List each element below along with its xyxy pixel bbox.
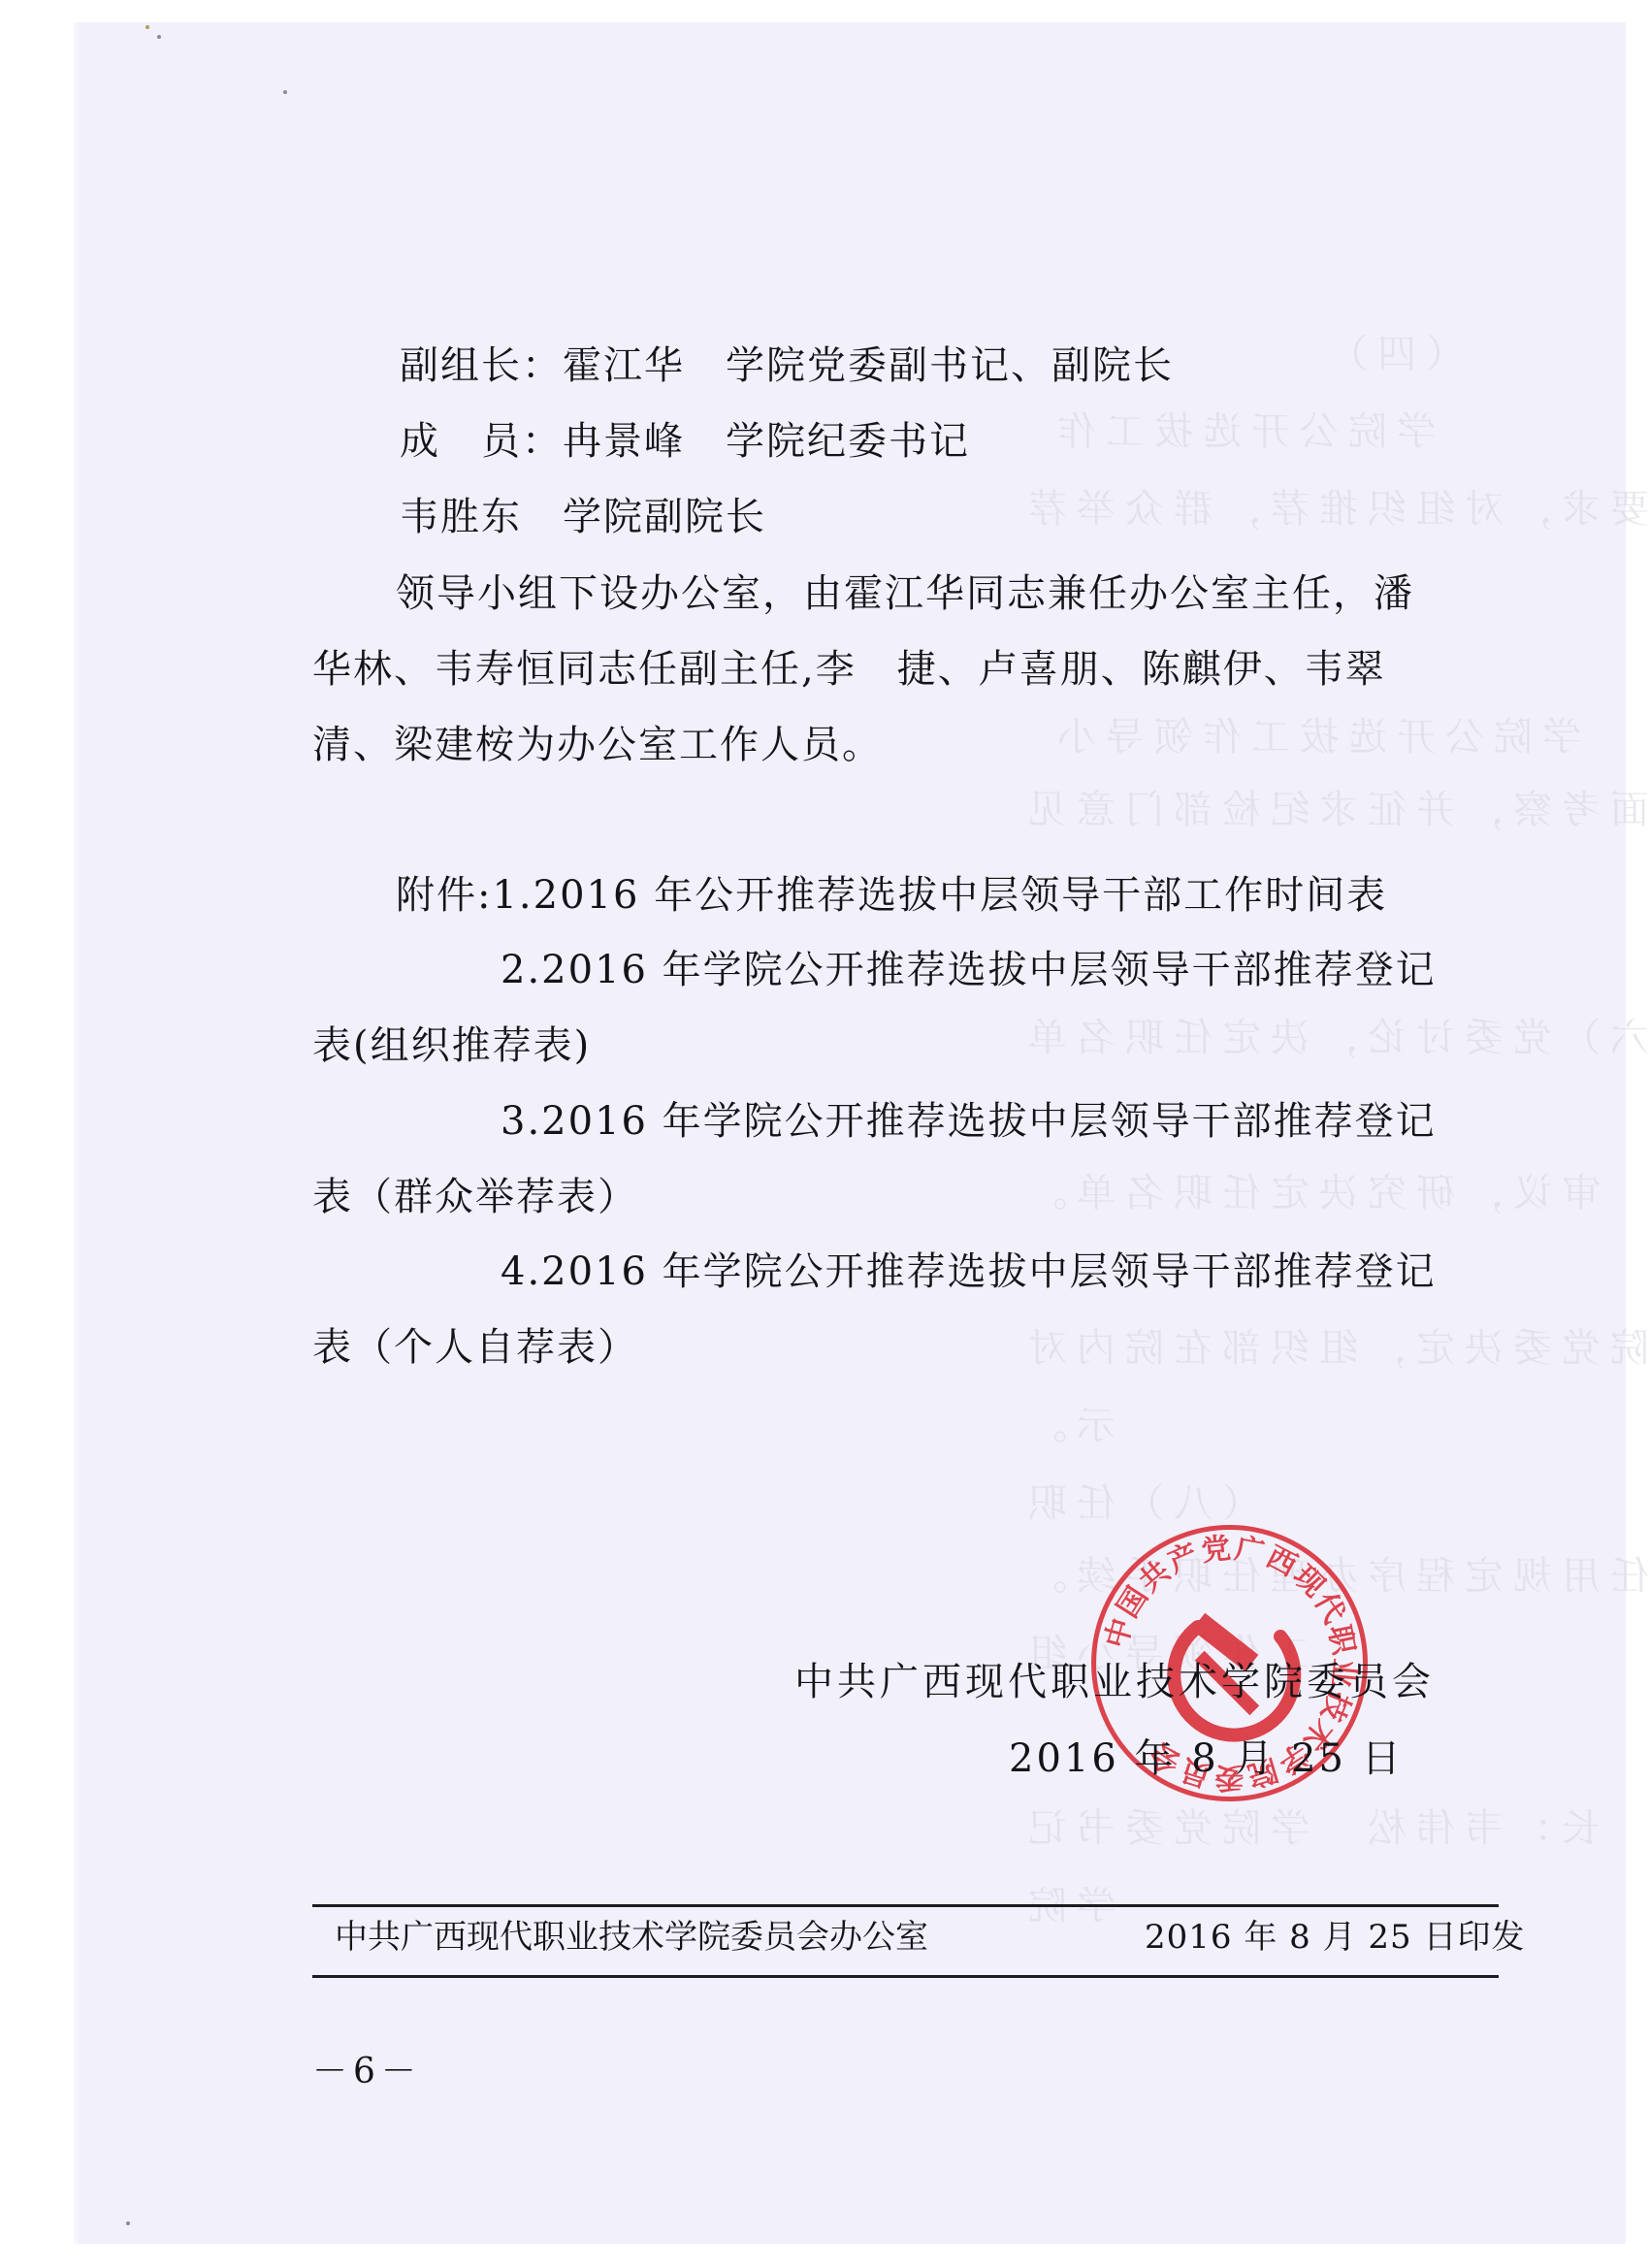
leadership-line-deputy-leader: 副组长：霍江华 学院党委副书记、副院长 — [400, 346, 1174, 385]
bleed-through-line: 件和要求，对组织推荐，群众举荐 — [1018, 490, 1649, 529]
attachment-3: 3.2016 年学院公开推荐选拔中层领导干部推荐登记 — [501, 1102, 1437, 1141]
leadership-line-member: 成 员：冉景峰 学院纪委书记 — [400, 422, 970, 461]
office-paragraph-line-2: 华林、韦寿恒同志任副主任,李 捷、卢喜朋、陈麒伊、韦翠 — [312, 650, 1386, 689]
bleed-through-line: （八）任职 — [1018, 1484, 1261, 1523]
attachment-2: 2.2016 年学院公开推荐选拔中层领导干部推荐登记 — [501, 951, 1437, 989]
paper-speck — [126, 2221, 130, 2225]
attachment-4: 4.2016 年学院公开推荐选拔中层领导干部推荐登记 — [501, 1252, 1437, 1291]
bleed-through-line: （四） — [1319, 335, 1465, 373]
paper-speck — [283, 90, 287, 94]
attachment-1: 附件:1.2016 年公开推荐选拔中层领导干部工作时间表 — [396, 876, 1387, 915]
bleed-through-line: （六）党委讨论，决定任职名单 — [1018, 1019, 1649, 1057]
page-edge — [74, 22, 78, 2244]
bleed-through-line: 根据学院党委决定，组织部在院内对 — [1018, 1329, 1649, 1368]
bleed-through-line: 学院公开选拔工作领导小 — [1048, 718, 1581, 757]
footer-issuer: 中共广西现代职业技术学院委员会办公室 — [335, 1921, 928, 1954]
footer-top-rule — [312, 1904, 1499, 1907]
paper-speck — [157, 35, 161, 39]
signature-organization: 中共广西现代职业技术学院委员会 — [794, 1663, 1435, 1701]
attachment-2-cont: 表(组织推荐表) — [312, 1026, 591, 1065]
bleed-through-line: 学院公开选拔工作 — [1048, 412, 1436, 451]
attachment-4-cont: 表（个人自荐表） — [312, 1328, 638, 1367]
office-paragraph-line-1: 领导小组下设办公室，由霍江华同志兼任办公室主任，潘 — [396, 574, 1414, 613]
footer-issue-date: 2016 年 8 月 25 日印发 — [1145, 1921, 1525, 1954]
bleed-through-line: 组 长：韦伟松 学院党委书记 — [1018, 1809, 1649, 1848]
paper-speck — [145, 25, 149, 29]
page-number: －6－ — [312, 2044, 422, 2093]
bleed-through-line: 审议，研究决定任职名单。 — [1018, 1174, 1600, 1213]
leadership-line-member-2: 韦胜东 学院副院长 — [400, 498, 766, 536]
office-paragraph-line-3: 清、梁建桉为办公室工作人员。 — [312, 726, 883, 764]
attachment-3-cont: 表（群众举荐表） — [312, 1178, 638, 1216]
signature-date: 2016 年 8 月 25 日 — [1009, 1739, 1404, 1778]
footer-bottom-rule — [312, 1975, 1499, 1978]
bleed-through-line: 德、能、勤、绩、廉进行全面考察，并征求纪检部门意见 — [1018, 791, 1649, 829]
bleed-through-line: 示。 — [1018, 1407, 1115, 1445]
